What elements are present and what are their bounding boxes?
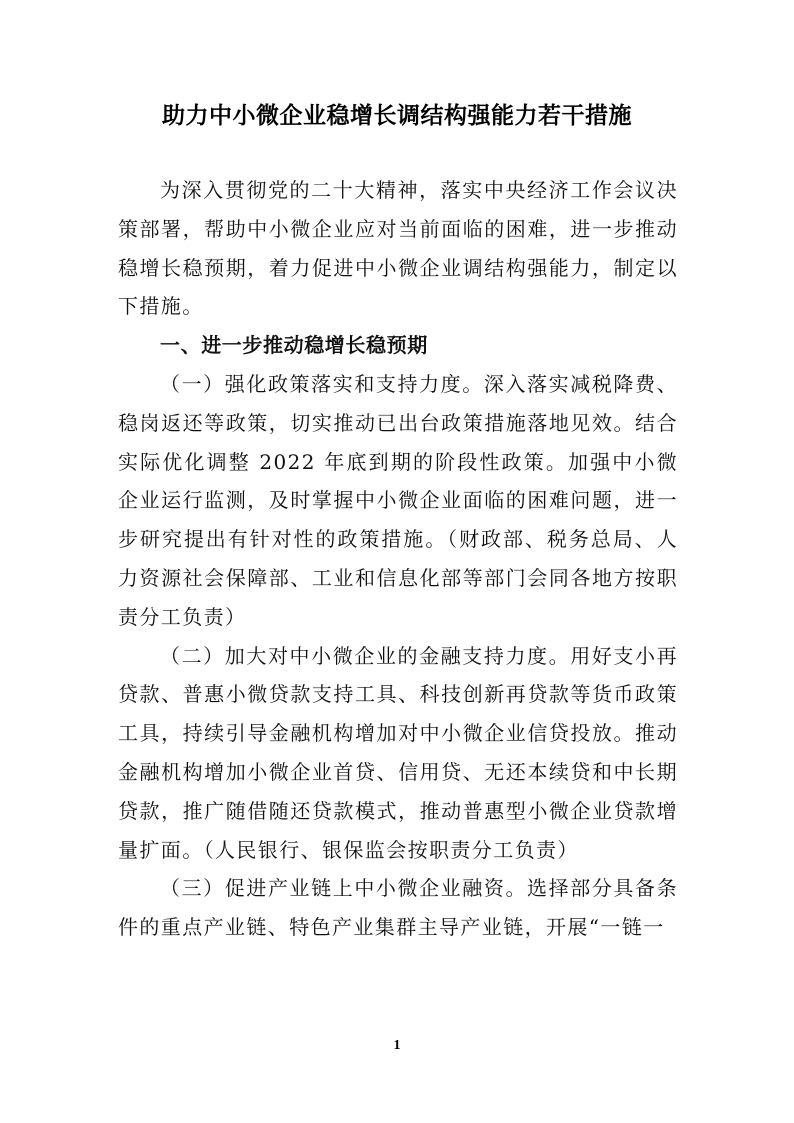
document-body: 为深入贯彻党的二十大精神，落实中央经济工作会议决策部署，帮助中小微企业应对当前面… xyxy=(118,171,678,947)
intro-paragraph: 为深入贯彻党的二十大精神，落实中央经济工作会议决策部署，帮助中小微企业应对当前面… xyxy=(118,171,678,326)
section-item-paragraph: （一）强化政策落实和支持力度。深入落实减税降费、稳岗返还等政策，切实推动已出台政… xyxy=(118,365,678,637)
document-title: 助力中小微企业稳增长调结构强能力若干措施 xyxy=(0,98,794,134)
page-number: 1 xyxy=(0,1038,794,1054)
section-item-paragraph: （三）促进产业链上中小微企业融资。选择部分具备条件的重点产业链、特色产业集群主导… xyxy=(118,869,678,947)
section-heading: 一、进一步推动稳增长稳预期 xyxy=(118,326,678,365)
document-page: 助力中小微企业稳增长调结构强能力若干措施 为深入贯彻党的二十大精神，落实中央经济… xyxy=(0,0,794,1123)
section-item-paragraph: （二）加大对中小微企业的金融支持力度。用好支小再贷款、普惠小微贷款支持工具、科技… xyxy=(118,637,678,870)
